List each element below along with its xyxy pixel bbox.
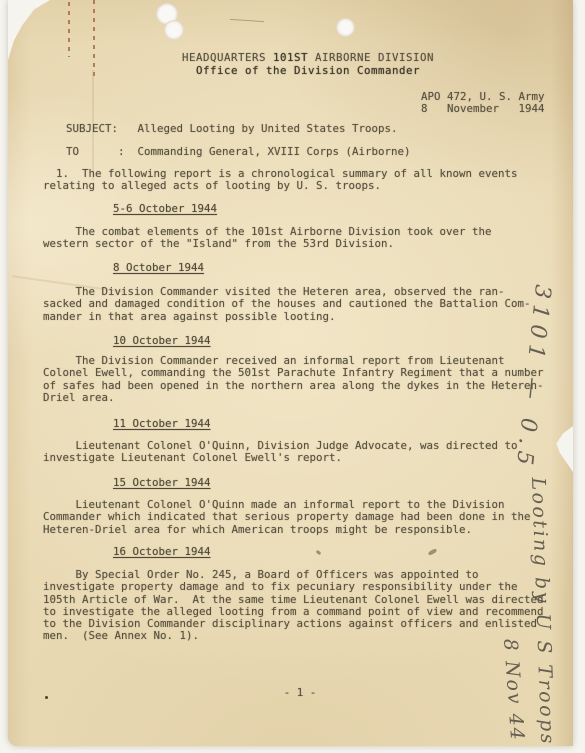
entry-heading: 15 October 1944 xyxy=(113,477,211,489)
entry-heading: 11 October 1944 xyxy=(113,418,211,430)
entry-body: The Division Commander received an infor… xyxy=(43,355,544,404)
letterhead-hq-text: HEADQUARTERS xyxy=(182,51,273,64)
scratch-mark xyxy=(230,19,264,22)
letterhead-line2: Office of the Division Commander xyxy=(43,65,573,77)
entry-heading: 5-6 October 1944 xyxy=(113,203,217,215)
letterhead-line1: HEADQUARTERS 101ST AIRBORNE DIVISION xyxy=(43,52,573,64)
page-number: - 1 - xyxy=(260,687,340,699)
torn-notch-right-edge xyxy=(554,426,573,472)
entry-heading: 10 October 1944 xyxy=(113,335,211,347)
handwritten-note-title: Looting by U S Troops xyxy=(527,477,558,746)
subject-line: SUBJECT: Alleged Looting by United State… xyxy=(66,123,398,135)
entry-body: The Division Commander visited the Heter… xyxy=(43,286,531,323)
ink-dot xyxy=(45,696,48,699)
letterhead-division-text: AIRBORNE DIVISION xyxy=(308,51,434,64)
entry-body: Lieutenant Colonel O'Quinn, Division Jud… xyxy=(43,440,518,465)
intro-paragraph: 1. The following report is a chronologic… xyxy=(43,168,518,193)
pencil-smudge-b xyxy=(316,550,322,556)
pencil-smudge-a xyxy=(428,548,438,556)
red-stitch-mark-left xyxy=(68,2,70,57)
entry-heading: 16 October 1944 xyxy=(113,546,211,558)
scanned-memo-screenshot: { "colors": { "paper": "#e8d9b3", "ink":… xyxy=(0,0,585,753)
entry-heading: 8 October 1944 xyxy=(113,262,204,274)
punch-hole-top-left-b xyxy=(164,20,184,40)
document-page: HEADQUARTERS 101ST AIRBORNE DIVISION Off… xyxy=(8,0,573,746)
punch-hole-top-center xyxy=(336,18,355,37)
to-line: TO : Commanding General, XVIII Corps (Ai… xyxy=(66,146,411,158)
entry-body: By Special Order No. 245, a Board of Off… xyxy=(43,569,544,643)
torn-corner-top-left xyxy=(8,0,50,60)
handwritten-note-date: 8 Nov 44 xyxy=(499,638,528,742)
date-line: 8 November 1944 xyxy=(421,103,545,115)
entry-body: The combat elements of the 101st Airborn… xyxy=(43,226,492,251)
letterhead-unit-number: 101ST xyxy=(273,51,308,64)
entry-body: Lieutenant Colonel O'Quinn made an infor… xyxy=(43,499,531,536)
